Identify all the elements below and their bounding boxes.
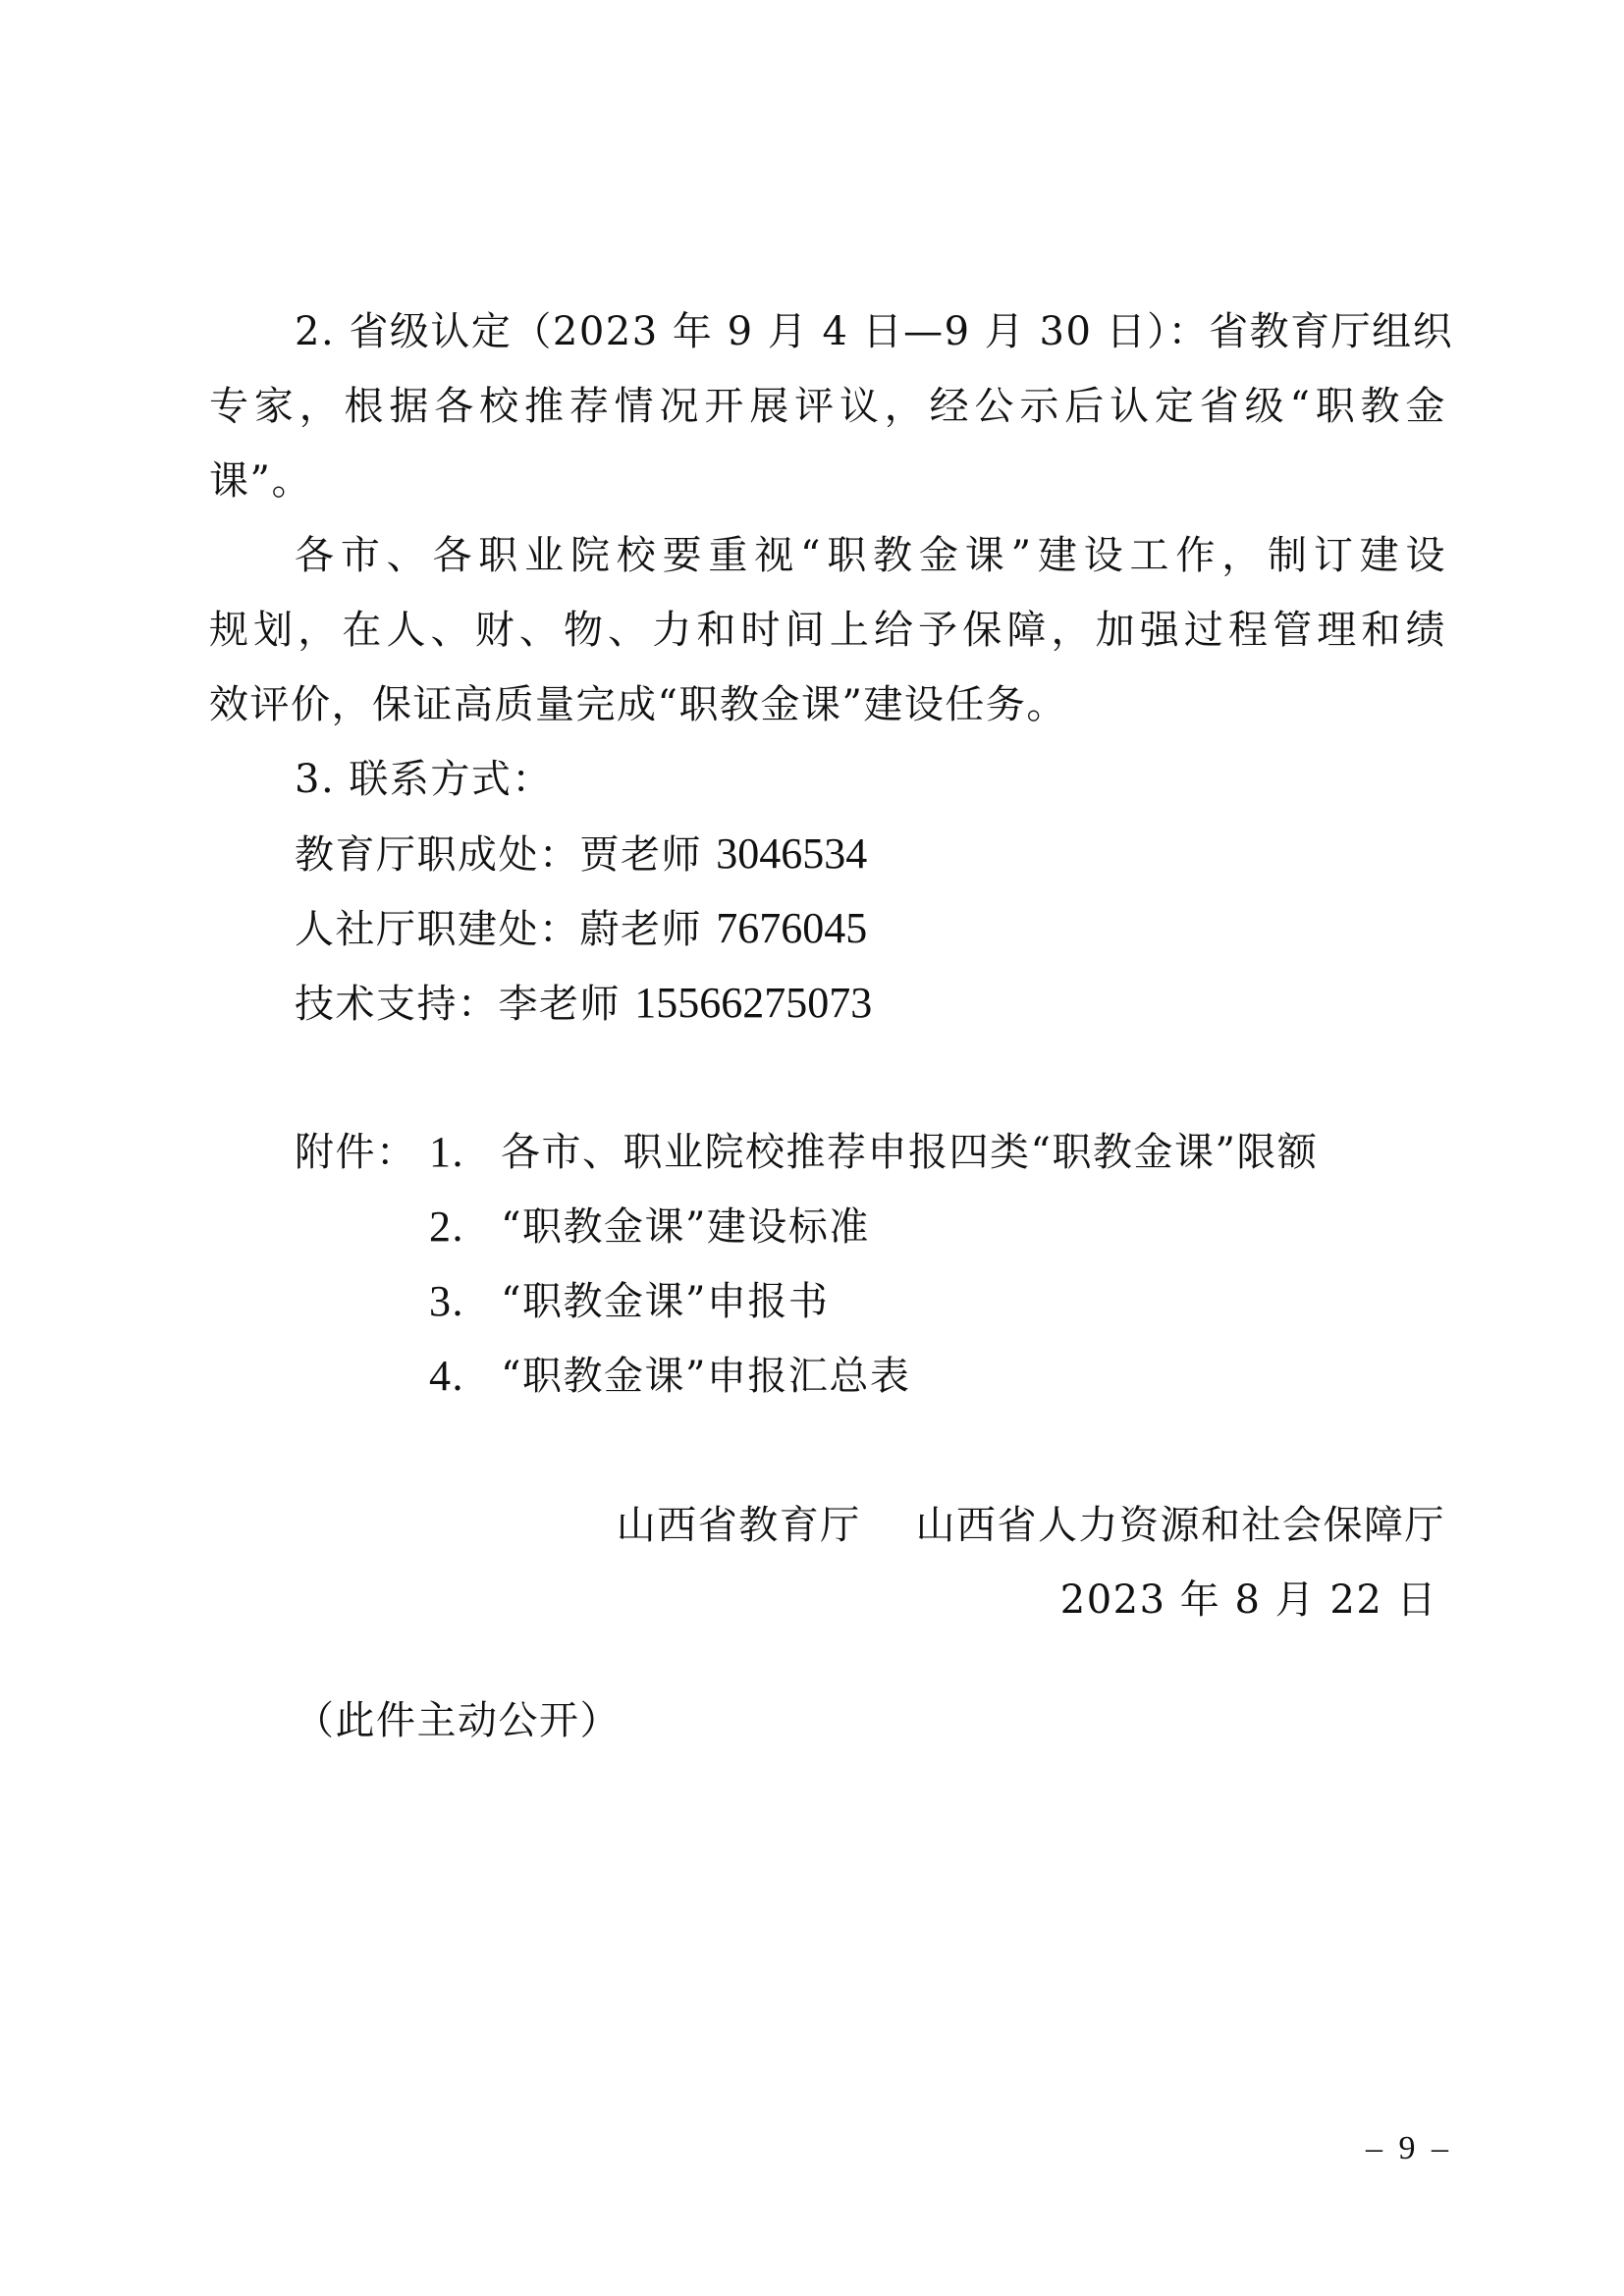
contact-item: 技术支持：李老师 15566275073 — [295, 966, 1446, 1041]
paragraph-requirements-line-2: 规划，在人、财、物、力和时间上给予保障，加强过程管理和绩 — [209, 593, 1446, 667]
paragraph-requirements-line-3: 效评价，保证高质量完成“职教金课”建设任务。 — [209, 667, 1446, 742]
contact-dept: 人社厅职建处： — [295, 907, 580, 952]
contact-dept: 技术支持： — [295, 982, 499, 1027]
attachment-number: 2. — [429, 1190, 464, 1264]
contact-phone: 7676045 — [716, 904, 867, 952]
contact-person: 蔚老师 — [580, 907, 703, 952]
attachment-title: “职教金课”建设标准 — [501, 1190, 870, 1264]
contact-person: 贾老师 — [580, 832, 703, 878]
contact-phone: 15566275073 — [634, 979, 872, 1027]
attachment-title: “职教金课”申报书 — [501, 1264, 829, 1339]
attachment-title: 各市、职业院校推荐申报四类“职教金课”限额 — [501, 1115, 1318, 1190]
paragraph-provincial-certification-line-3: 课”。 — [209, 444, 1446, 518]
contact-heading: 3. 联系方式： — [295, 742, 1446, 817]
issue-date: 2023 年 8 月 22 日 — [1060, 1563, 1437, 1637]
attachment-row: 附件： 1. 各市、职业院校推荐申报四类“职教金课”限额 — [0, 1115, 1624, 1190]
paragraph-provincial-certification-line-1: 2. 省级认定（2023 年 9 月 4 日—9 月 30 日）：省教育厅组织 — [295, 294, 1446, 369]
document-page: 2. 省级认定（2023 年 9 月 4 日—9 月 30 日）：省教育厅组织 … — [0, 0, 1624, 2296]
page-number: – 9 – — [1366, 2130, 1452, 2167]
contact-phone: 3046534 — [716, 829, 867, 878]
attachment-row: 3. “职教金课”申报书 — [0, 1264, 1624, 1339]
contact-dept: 教育厅职成处： — [295, 832, 580, 878]
issuing-organizations: 山西省教育厅 山西省人力资源和社会保障厅 — [617, 1488, 1445, 1563]
contact-person: 李老师 — [499, 982, 622, 1027]
attachment-row: 4. “职教金课”申报汇总表 — [0, 1339, 1624, 1414]
attachment-number: 4. — [429, 1339, 464, 1414]
contact-item: 教育厅职成处：贾老师 3046534 — [295, 817, 1446, 891]
attachment-row: 2. “职教金课”建设标准 — [0, 1190, 1624, 1264]
attachment-number: 3. — [429, 1264, 464, 1339]
paragraph-requirements-line-1: 各市、各职业院校要重视“职教金课”建设工作，制订建设 — [295, 518, 1446, 593]
disclosure-note: （此件主动公开） — [295, 1683, 1532, 1758]
attachment-title: “职教金课”申报汇总表 — [501, 1339, 910, 1414]
attachments-label: 附件： — [295, 1115, 417, 1190]
contact-item: 人社厅职建处：蔚老师 7676045 — [295, 891, 1446, 966]
paragraph-provincial-certification-line-2: 专家，根据各校推荐情况开展评议，经公示后认定省级“职教金 — [209, 369, 1446, 444]
attachment-number: 1. — [429, 1115, 464, 1190]
